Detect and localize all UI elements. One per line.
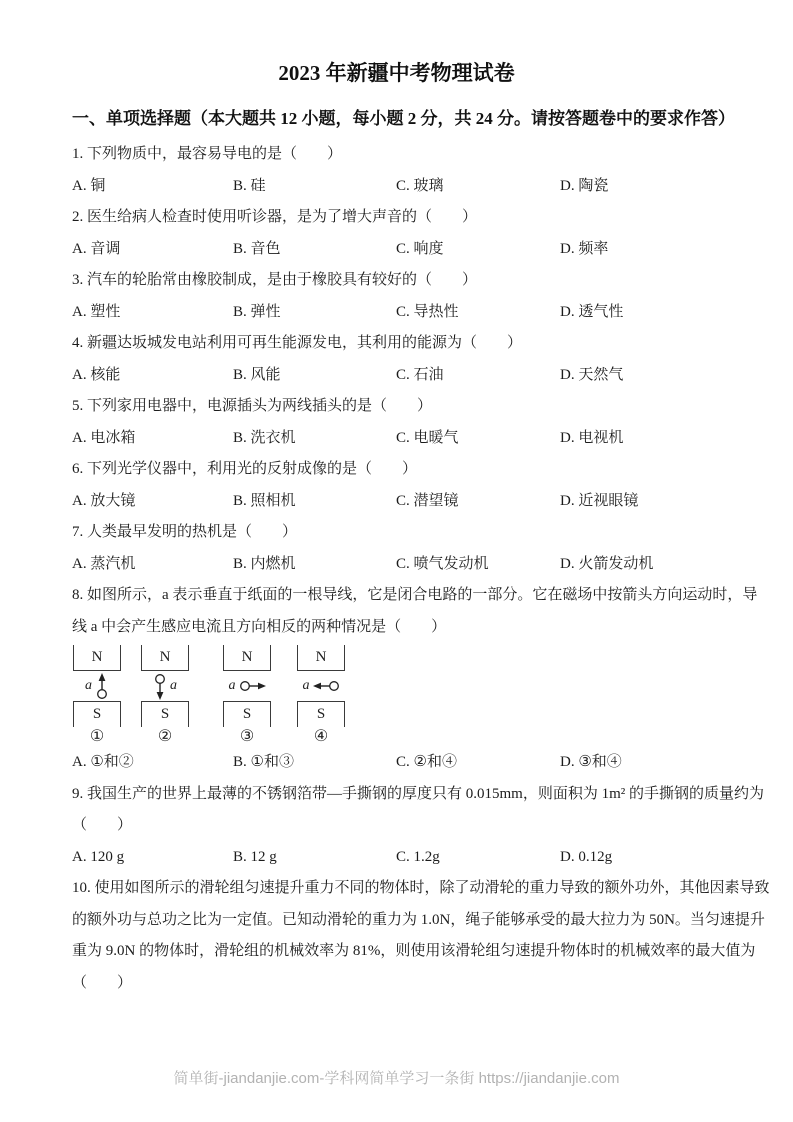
option-b: B. 照相机 — [233, 486, 396, 518]
question-1-text: 1. 下列物质中，最容易导电的是（ ） — [72, 139, 722, 171]
question-7: 7. 人类最早发明的热机是（ ） A. 蒸汽机 B. 内燃机 C. 喷气发动机 … — [72, 517, 722, 580]
wire-down-arrow-icon — [153, 673, 167, 700]
question-3: 3. 汽车的轮胎常由橡胶制成，是由于橡胶具有较好的（ ） A. 塑性 B. 弹性… — [72, 265, 722, 328]
question-9-text-line-2: （ ） — [72, 810, 722, 842]
question-list: 1. 下列物质中，最容易导电的是（ ） A. 铜 B. 硅 C. 玻璃 D. 陶… — [72, 139, 722, 999]
question-6-options: A. 放大镜 B. 照相机 C. 潜望镜 D. 近视眼镜 — [72, 486, 722, 518]
option-a: A. 放大镜 — [72, 486, 233, 518]
option-d: D. 火箭发动机 — [560, 549, 722, 581]
question-7-text: 7. 人类最早发明的热机是（ ） — [72, 517, 722, 549]
north-pole-label: N — [223, 645, 271, 671]
question-4-options: A. 核能 B. 风能 C. 石油 D. 天然气 — [72, 360, 722, 392]
option-d: D. 电视机 — [560, 423, 722, 455]
option-b: B. 12 g — [233, 842, 396, 874]
option-b: B. 风能 — [233, 360, 396, 392]
question-10: 10. 使用如图所示的滑轮组匀速提升重力不同的物体时，除了动滑轮的重力导致的额外… — [72, 873, 722, 999]
option-a: A. ①和② — [72, 747, 233, 779]
option-a: A. 120 g — [72, 842, 233, 874]
option-a: A. 塑性 — [72, 297, 233, 329]
page-title: 2023 年新疆中考物理试卷 — [0, 56, 793, 90]
wire-label: a — [229, 678, 236, 694]
wire-label: a — [170, 678, 177, 694]
question-3-options: A. 塑性 B. 弹性 C. 导热性 D. 透气性 — [72, 297, 722, 329]
question-9: 9. 我国生产的世界上最薄的不锈钢箔带—手撕钢的厚度只有 0.015mm，则面积… — [72, 779, 722, 874]
question-2-text: 2. 医生给病人检查时使用听诊器，是为了增大声音的（ ） — [72, 202, 722, 234]
option-a: A. 蒸汽机 — [72, 549, 233, 581]
question-2: 2. 医生给病人检查时使用听诊器，是为了增大声音的（ ） A. 音调 B. 音色… — [72, 202, 722, 265]
question-7-options: A. 蒸汽机 B. 内燃机 C. 喷气发动机 D. 火箭发动机 — [72, 549, 722, 581]
diagram-number: ① — [73, 727, 121, 747]
option-d: D. ③和④ — [560, 747, 722, 779]
footer-watermark: 简单街-jiandanjie.com-学科网简单学习一条街 https://ji… — [0, 1066, 793, 1092]
option-c: C. 导热性 — [396, 297, 560, 329]
magnet-diagram-1: N a S ① — [73, 645, 121, 747]
question-10-text-line-3: 重为 9.0N 的物体时，滑轮组的机械效率为 81%，则使用该滑轮组匀速提升物体… — [72, 936, 722, 968]
question-2-options: A. 音调 B. 音色 C. 响度 D. 频率 — [72, 234, 722, 266]
south-pole-label: S — [141, 701, 189, 727]
wire-row: a — [223, 671, 271, 701]
question-9-options: A. 120 g B. 12 g C. 1.2g D. 0.12g — [72, 842, 722, 874]
question-3-text: 3. 汽车的轮胎常由橡胶制成，是由于橡胶具有较好的（ ） — [72, 265, 722, 297]
question-6: 6. 下列光学仪器中，利用光的反射成像的是（ ） A. 放大镜 B. 照相机 C… — [72, 454, 722, 517]
question-10-text-line-1: 10. 使用如图所示的滑轮组匀速提升重力不同的物体时，除了动滑轮的重力导致的额外… — [72, 873, 722, 905]
option-d: D. 透气性 — [560, 297, 722, 329]
question-8-figure: N a S ① N — [73, 645, 722, 747]
north-pole-label: N — [297, 645, 345, 671]
question-8-options: A. ①和② B. ①和③ C. ②和④ D. ③和④ — [72, 747, 722, 779]
question-5-options: A. 电冰箱 B. 洗衣机 C. 电暖气 D. 电视机 — [72, 423, 722, 455]
wire-row: a — [73, 671, 121, 701]
south-pole-label: S — [297, 701, 345, 727]
option-c: C. 石油 — [396, 360, 560, 392]
magnet-diagram-2: N a S ② — [141, 645, 189, 747]
wire-right-arrow-icon — [239, 679, 266, 693]
question-1: 1. 下列物质中，最容易导电的是（ ） A. 铜 B. 硅 C. 玻璃 D. 陶… — [72, 139, 722, 202]
wire-row: a — [297, 671, 345, 701]
question-8: 8. 如图所示，a 表示垂直于纸面的一根导线，它是闭合电路的一部分。它在磁场中按… — [72, 580, 722, 779]
section-heading: 一、单项选择题（本大题共 12 小题，每小题 2 分，共 24 分。请按答题卷中… — [72, 104, 722, 134]
question-6-text: 6. 下列光学仪器中，利用光的反射成像的是（ ） — [72, 454, 722, 486]
wire-up-arrow-icon — [95, 673, 109, 700]
wire-row: a — [141, 671, 189, 701]
question-5: 5. 下列家用电器中，电源插头为两线插头的是（ ） A. 电冰箱 B. 洗衣机 … — [72, 391, 722, 454]
question-8-text-line-1: 8. 如图所示，a 表示垂直于纸面的一根导线，它是闭合电路的一部分。它在磁场中按… — [72, 580, 722, 612]
magnet-diagram-3: N a S ③ — [223, 645, 271, 747]
exam-paper-page: 2023 年新疆中考物理试卷 一、单项选择题（本大题共 12 小题，每小题 2 … — [0, 0, 793, 1122]
option-a: A. 音调 — [72, 234, 233, 266]
north-pole-label: N — [141, 645, 189, 671]
option-c: C. 电暖气 — [396, 423, 560, 455]
option-c: C. 喷气发动机 — [396, 549, 560, 581]
wire-label: a — [85, 678, 92, 694]
option-b: B. 弹性 — [233, 297, 396, 329]
option-b: B. 洗衣机 — [233, 423, 396, 455]
question-4: 4. 新疆达坂城发电站利用可再生能源发电，其利用的能源为（ ） A. 核能 B.… — [72, 328, 722, 391]
question-5-text: 5. 下列家用电器中，电源插头为两线插头的是（ ） — [72, 391, 722, 423]
option-d: D. 近视眼镜 — [560, 486, 722, 518]
south-pole-label: S — [223, 701, 271, 727]
option-a: A. 核能 — [72, 360, 233, 392]
option-a: A. 电冰箱 — [72, 423, 233, 455]
option-b: B. ①和③ — [233, 747, 396, 779]
question-1-options: A. 铜 B. 硅 C. 玻璃 D. 陶瓷 — [72, 171, 722, 203]
wire-label: a — [303, 678, 310, 694]
option-c: C. ②和④ — [396, 747, 560, 779]
diagram-number: ② — [141, 727, 189, 747]
question-8-text-line-2: 线 a 中会产生感应电流且方向相反的两种情况是（ ） — [72, 612, 722, 644]
option-c: C. 玻璃 — [396, 171, 560, 203]
option-a: A. 铜 — [72, 171, 233, 203]
option-c: C. 潜望镜 — [396, 486, 560, 518]
option-b: B. 硅 — [233, 171, 396, 203]
option-b: B. 音色 — [233, 234, 396, 266]
magnet-diagram-4: N a S ④ — [297, 645, 345, 747]
question-9-text-line-1: 9. 我国生产的世界上最薄的不锈钢箔带—手撕钢的厚度只有 0.015mm，则面积… — [72, 779, 722, 811]
question-10-text-line-4: （ ） — [72, 968, 722, 1000]
diagram-number: ④ — [297, 727, 345, 747]
option-d: D. 频率 — [560, 234, 722, 266]
option-b: B. 内燃机 — [233, 549, 396, 581]
question-4-text: 4. 新疆达坂城发电站利用可再生能源发电，其利用的能源为（ ） — [72, 328, 722, 360]
wire-left-arrow-icon — [313, 679, 340, 693]
option-c: C. 响度 — [396, 234, 560, 266]
option-c: C. 1.2g — [396, 842, 560, 874]
option-d: D. 陶瓷 — [560, 171, 722, 203]
option-d: D. 天然气 — [560, 360, 722, 392]
north-pole-label: N — [73, 645, 121, 671]
diagram-number: ③ — [223, 727, 271, 747]
option-d: D. 0.12g — [560, 842, 722, 874]
south-pole-label: S — [73, 701, 121, 727]
question-10-text-line-2: 的额外功与总功之比为一定值。已知动滑轮的重力为 1.0N，绳子能够承受的最大拉力… — [72, 905, 722, 937]
